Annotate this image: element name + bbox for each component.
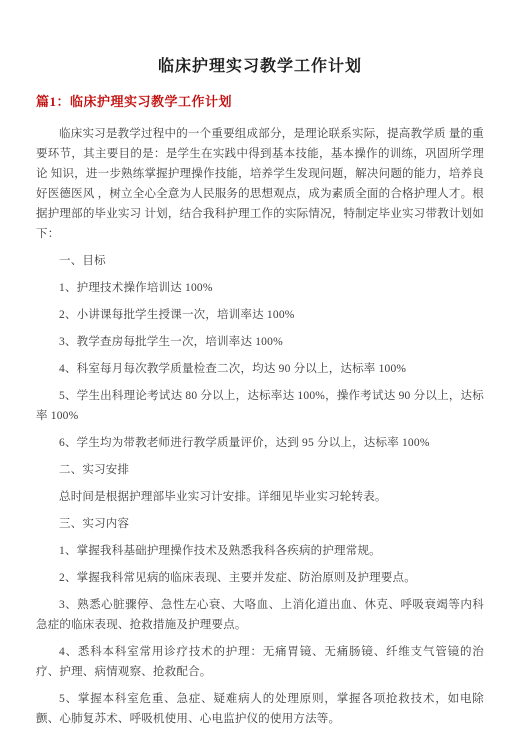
document-title: 临床护理实习教学工作计划 xyxy=(36,56,484,78)
goal-item: 3、教学查房每批学生一次，培训率达 100% xyxy=(36,332,484,352)
document-page: 临床护理实习教学工作计划 篇1：临床护理实习教学工作计划 临床实习是教学过程中的… xyxy=(0,0,520,735)
content-item: 1、掌握我科基础护理操作技术及熟悉我科各疾病的护理常规。 xyxy=(36,541,484,561)
content-item: 5、掌握本科室危重、急症、疑难病人的处理原则，掌握各项抢救技术，如电除颤、心肺复… xyxy=(36,689,484,729)
goal-item: 5、学生出科理论考试达 80 分以上，达标率达 100%，操作考试达 90 分以… xyxy=(36,386,484,426)
goal-item: 2、小讲课每批学生授课一次，培训率达 100% xyxy=(36,305,484,325)
goal-item: 1、护理技术操作培训达 100% xyxy=(36,278,484,298)
part1-label: 一、目标 xyxy=(36,251,484,271)
section-heading: 篇1：临床护理实习教学工作计划 xyxy=(36,93,484,111)
goal-item: 4、科室每月每次教学质量检查二次，均达 90 分以上，达标率 100% xyxy=(36,359,484,379)
content-item: 4、悉科本科室常用诊疗技术的护理：无痛胃镜、无痛肠镜、纤维支气管镜的治疗、护理、… xyxy=(36,642,484,682)
goal-item: 6、学生均为带教老师进行教学质量评价，达到 95 分以上，达标率 100% xyxy=(36,433,484,453)
content-item: 2、掌握我科常见病的临床表现、主要并发症、防治原则及护理要点。 xyxy=(36,568,484,588)
part3-label: 三、实习内容 xyxy=(36,514,484,534)
part2-label: 二、实习安排 xyxy=(36,460,484,480)
intro-paragraph: 临床实习是教学过程中的一个重要组成部分，是理论联系实际，提高教学质 量的重要环节… xyxy=(36,124,484,244)
part2-paragraph: 总时间是根据护理部毕业实习计安排。详细见毕业实习轮转表。 xyxy=(36,487,484,507)
content-item: 3、熟悉心脏骤停、急性左心衰、大咯血、上消化道出血、休克、呼吸衰竭等内科急症的临… xyxy=(36,595,484,635)
